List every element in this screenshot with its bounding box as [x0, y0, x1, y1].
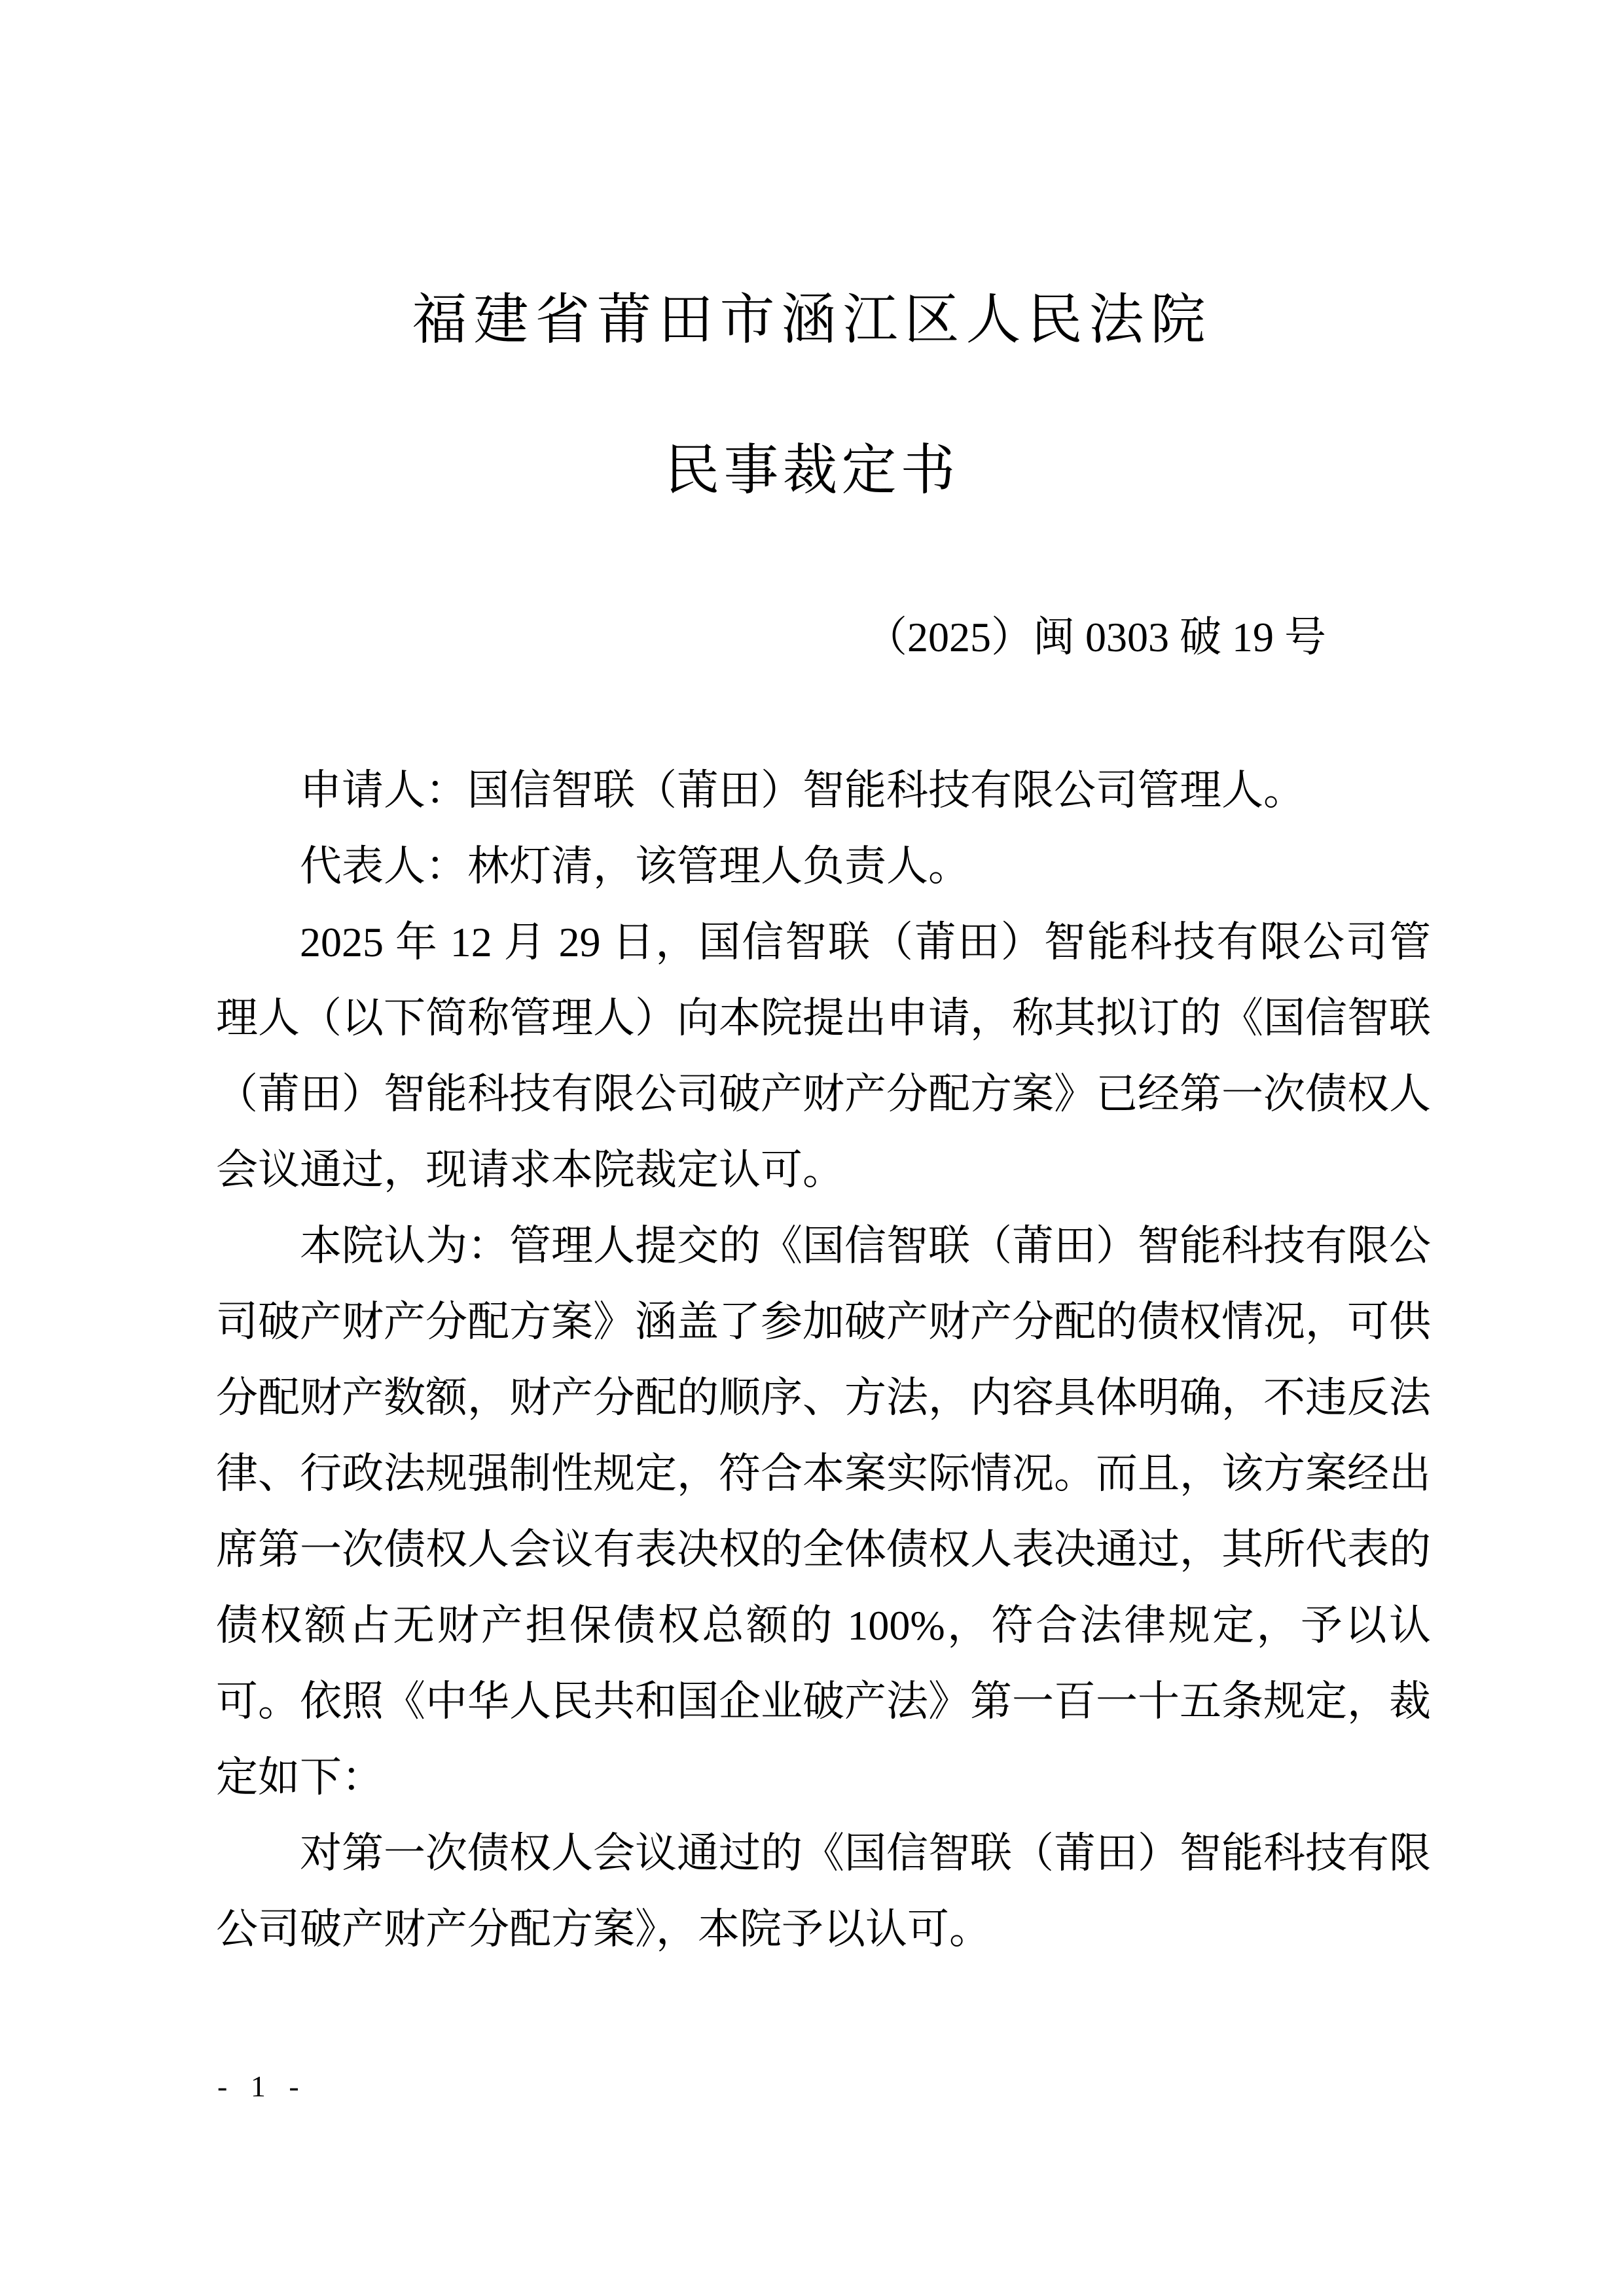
ruling-document-page: 福建省莆田市涵江区人民法院 民事裁定书 （2025）闽 0303 破 19 号 …	[0, 0, 1624, 2296]
paragraph-application-facts: 2025 年 12 月 29 日，国信智联（莆田）智能科技有限公司管理人（以下简…	[216, 905, 1431, 1208]
paragraph-representative: 代表人：林灯清，该管理人负责人。	[216, 829, 1431, 905]
paragraph-court-opinion: 本院认为：管理人提交的《国信智联（莆田）智能科技有限公司破产财产分配方案》涵盖了…	[216, 1208, 1431, 1816]
court-name-heading: 福建省莆田市涵江区人民法院	[0, 289, 1624, 353]
case-number: （2025）闽 0303 破 19 号	[865, 610, 1326, 664]
paragraph-applicant: 申请人：国信智联（莆田）智能科技有限公司管理人。	[216, 753, 1431, 829]
document-title: 民事裁定书	[0, 440, 1624, 503]
page-number: - 1 -	[217, 2068, 307, 2104]
document-body: 申请人：国信智联（莆田）智能科技有限公司管理人。 代表人：林灯清，该管理人负责人…	[216, 753, 1431, 1967]
paragraph-ruling-result: 对第一次债权人会议通过的《国信智联（莆田）智能科技有限公司破产财产分配方案》，本…	[216, 1816, 1431, 1967]
